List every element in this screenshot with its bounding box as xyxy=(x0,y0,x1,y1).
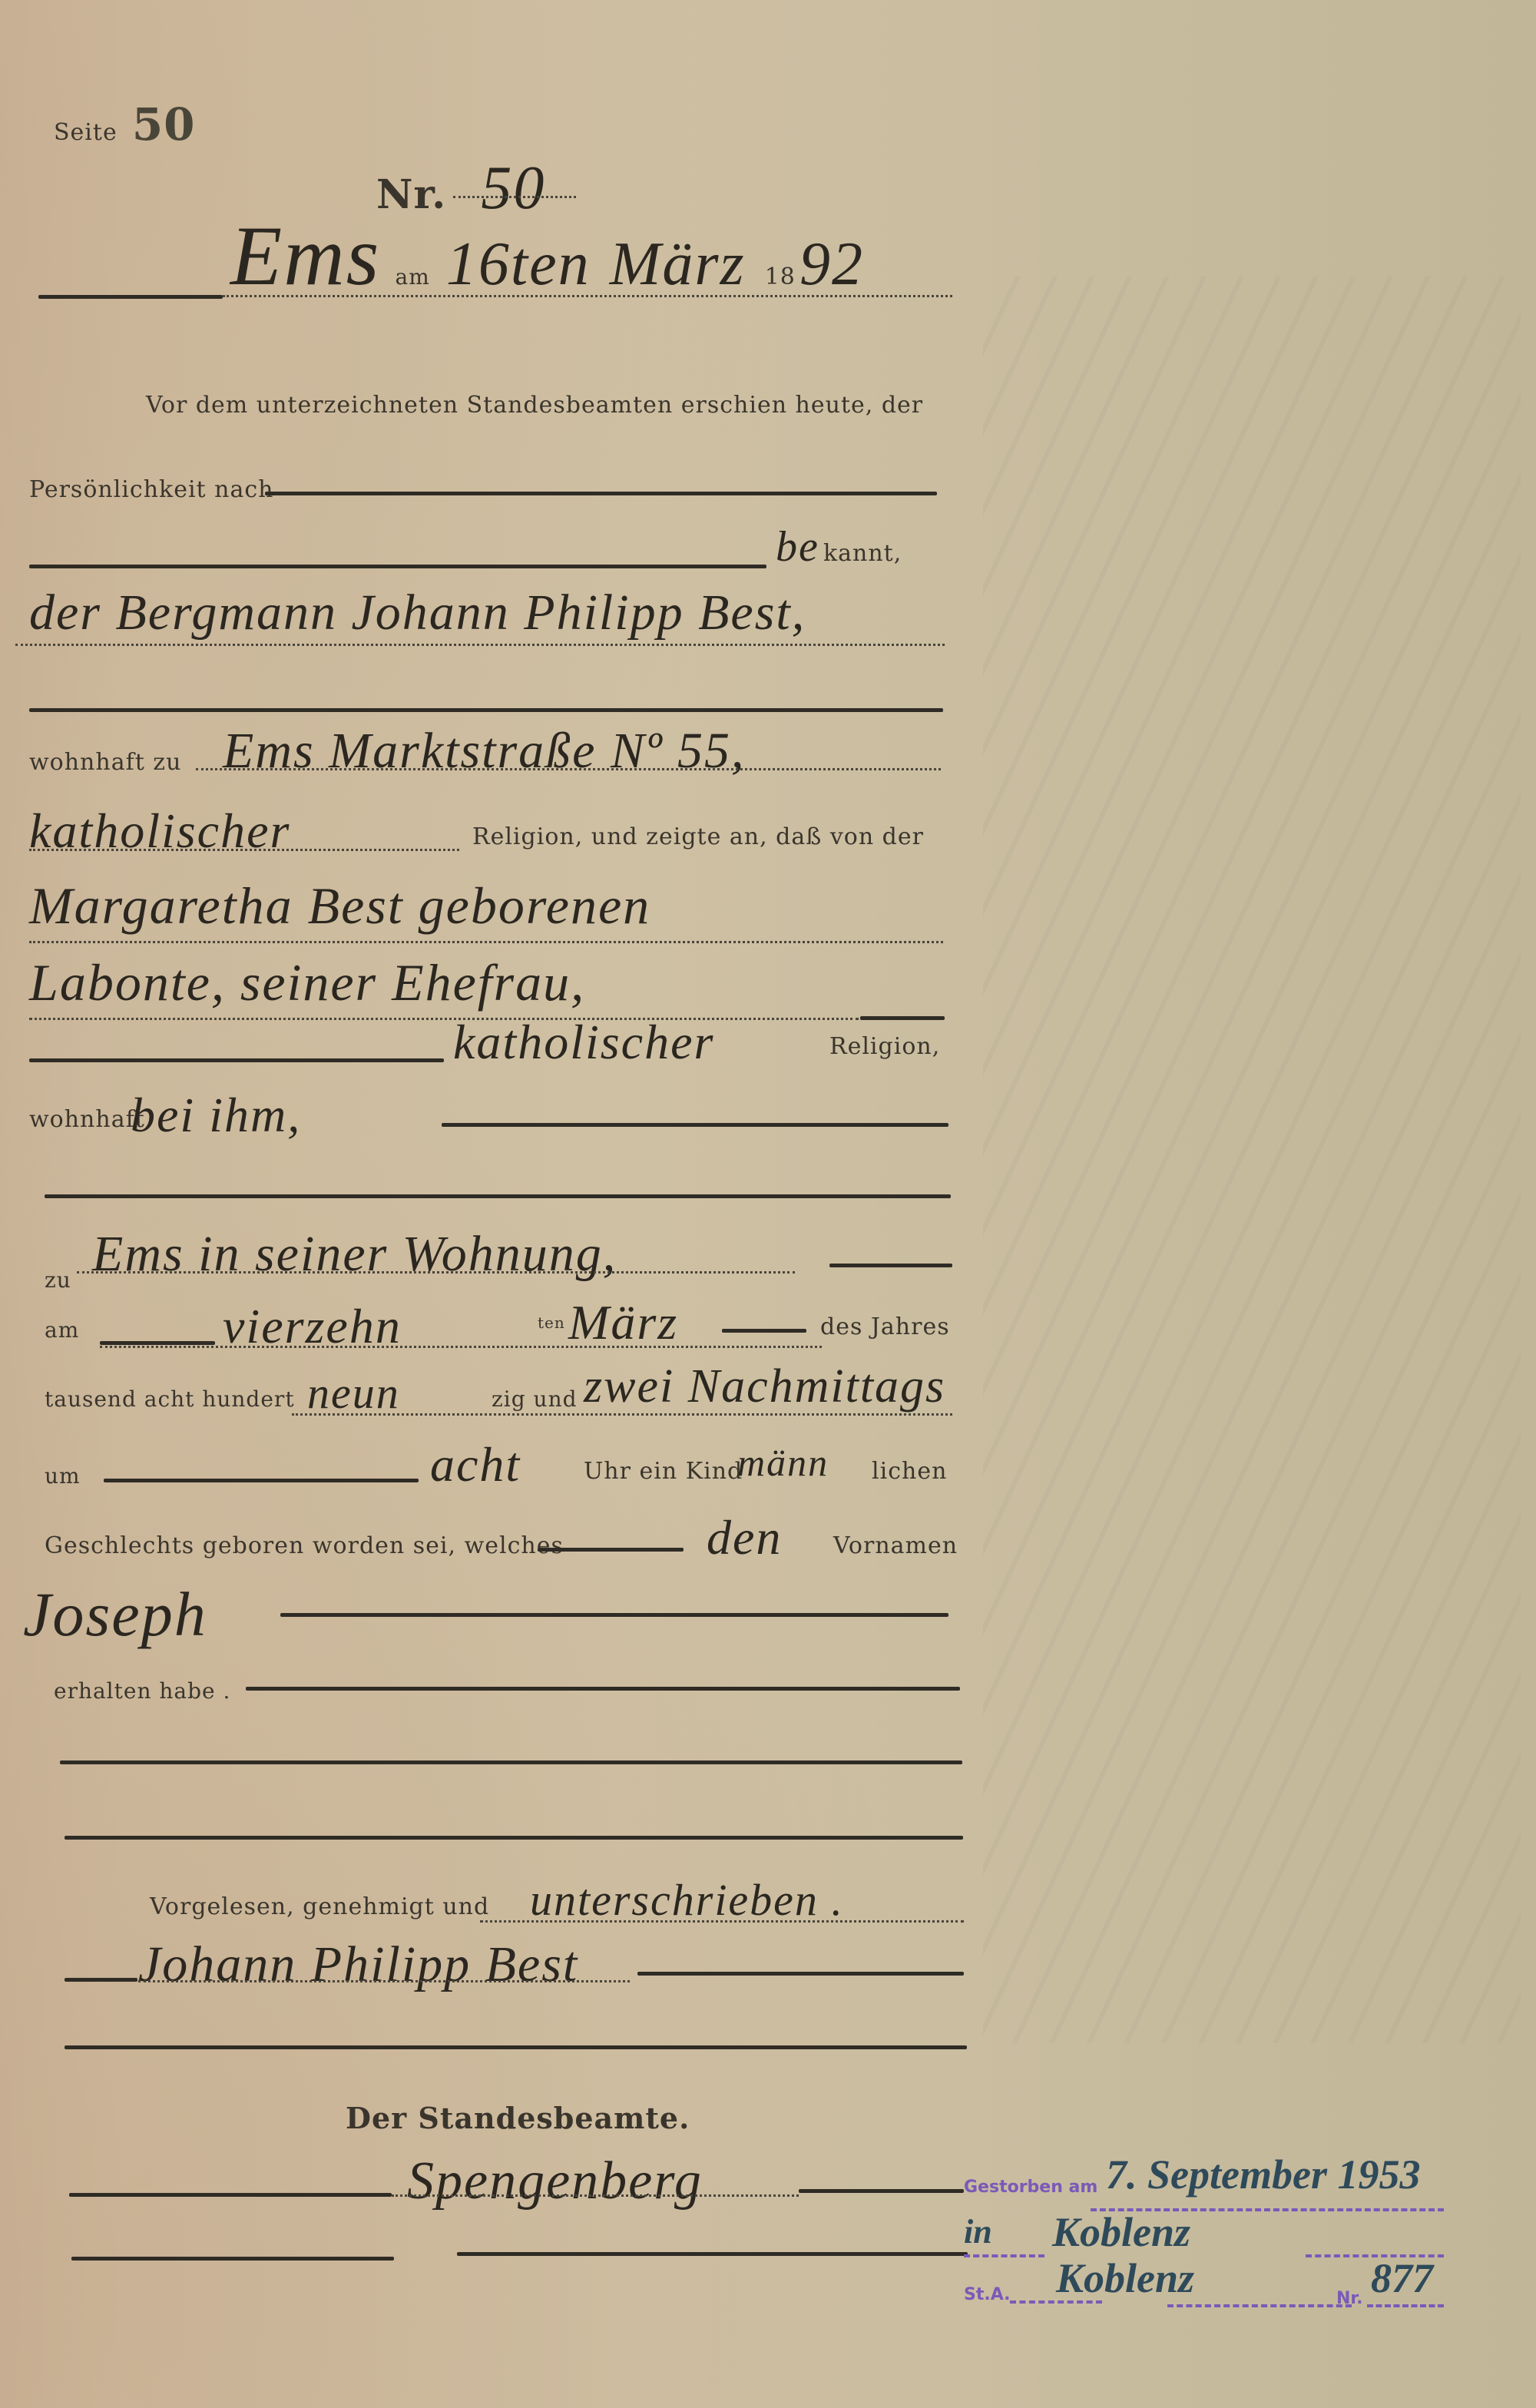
nr-lead-line xyxy=(1167,2304,1352,2307)
given-name-line xyxy=(280,1613,948,1617)
registrar-sig-line xyxy=(392,2194,799,2197)
thousand-label: tausend acht hundert xyxy=(45,1386,295,1412)
header-day: 16ten xyxy=(446,230,591,298)
year-label: des Jahres xyxy=(820,1313,950,1340)
religion-line xyxy=(29,849,459,851)
page-number: 50 xyxy=(132,98,196,151)
birthplace-line xyxy=(77,1271,795,1274)
death-annotation: Gestorben am xyxy=(964,2178,1097,2197)
blank-line-6b xyxy=(457,2252,968,2256)
registrar-title: Der Standesbeamte. xyxy=(346,2101,690,2135)
nr-line xyxy=(1367,2304,1444,2307)
read-line xyxy=(480,1920,964,1923)
office-block: St.A. xyxy=(964,2285,1011,2304)
informant-name: der Bergmann Johann Philipp Best, xyxy=(29,584,806,642)
year-prefix: 18 xyxy=(765,263,796,290)
known-line xyxy=(29,565,766,568)
birth-month-line xyxy=(722,1329,806,1333)
birth-date-line xyxy=(100,1346,822,1348)
sex-value: männ xyxy=(737,1440,829,1485)
entry-number-line xyxy=(453,196,576,198)
blank-line-4 xyxy=(65,1836,963,1840)
blank-line-6a xyxy=(71,2257,394,2261)
mother-line-2-end xyxy=(860,1016,945,1020)
child-label: Uhr ein Kind xyxy=(584,1458,743,1485)
blank-line-1 xyxy=(29,708,943,712)
informant-sig-line xyxy=(138,1980,630,1982)
birth-day-lead xyxy=(100,1341,215,1345)
informant-signature: Johann Philipp Best xyxy=(138,1936,578,1994)
decade-value: neun xyxy=(307,1367,400,1419)
office-value: Koblenz xyxy=(1056,2254,1194,2302)
time-lead-line xyxy=(104,1479,419,1482)
intro-text: Vor dem unterzeichneten Standesbeamten e… xyxy=(146,392,923,419)
mother-residence-line xyxy=(442,1123,948,1127)
year-line xyxy=(292,1413,952,1416)
mother-line-2-rule xyxy=(29,1018,859,1020)
am-label: am xyxy=(396,264,430,290)
birth-month: März xyxy=(568,1294,678,1351)
unit-year-value: zwei Nachmittags xyxy=(584,1360,945,1414)
given-label: Vornamen xyxy=(833,1532,958,1559)
died-label: Gestorben am xyxy=(964,2178,1097,2197)
registrar-sig-end xyxy=(799,2189,964,2193)
year-suffix: 92 xyxy=(799,230,864,298)
birthplace-value: Ems in seiner Wohnung, xyxy=(92,1225,617,1283)
mother-residence-label: wohnhaft xyxy=(29,1106,145,1133)
in-line xyxy=(964,2254,1044,2257)
office-label: St.A. xyxy=(964,2285,1011,2304)
died-place: Koblenz xyxy=(1052,2208,1190,2256)
informant-line xyxy=(15,644,945,646)
mother-line-1: Margaretha Best geborenen xyxy=(29,876,650,936)
residence-label: wohnhaft zu xyxy=(29,749,181,776)
sex-suffix: lichen xyxy=(872,1458,947,1485)
born-text: Geschlechts geboren worden sei, welches xyxy=(45,1532,564,1559)
nr-value: 877 xyxy=(1371,2254,1433,2302)
ten-label: ten xyxy=(538,1313,565,1332)
mother-religion: katholischer xyxy=(453,1014,714,1071)
received-label: erhalten habe . xyxy=(54,1678,230,1704)
mother-residence-value: bei ihm, xyxy=(131,1087,301,1144)
known-block: be kannt, xyxy=(776,522,902,571)
given-lead-line xyxy=(538,1548,684,1552)
mother-line-2: Labonte, seiner Ehefrau, xyxy=(29,952,585,1013)
header-place: Ems xyxy=(230,209,380,303)
received-line xyxy=(246,1687,960,1691)
office-line xyxy=(1010,2300,1102,2304)
header-date-line xyxy=(223,295,952,297)
died-date: 7. September 1953 xyxy=(1106,2151,1420,2198)
read-value: unterschrieben . xyxy=(530,1874,844,1926)
mother-religion-lead xyxy=(29,1058,444,1062)
hour-value: acht xyxy=(430,1436,521,1493)
informant-sig-lead xyxy=(65,1978,137,1982)
header-place-date: Ems am 16ten März 18 92 xyxy=(230,207,864,305)
time-label: um xyxy=(45,1463,81,1489)
informant-sig-end xyxy=(637,1972,964,1976)
birthplace-line-end xyxy=(829,1264,952,1267)
known-prefix: be xyxy=(776,523,819,571)
residence-value: Ems Marktstraße Nº 55, xyxy=(223,722,745,780)
in-label: in xyxy=(964,2212,992,2251)
registrar-sig-lead xyxy=(69,2193,392,2197)
blank-line-3 xyxy=(60,1760,962,1764)
identity-label: Persönlichkeit nach xyxy=(29,476,273,503)
birthplace-label: zu xyxy=(45,1267,71,1293)
page-label: Seite xyxy=(54,119,118,146)
given-name: Joseph xyxy=(23,1578,207,1651)
blank-line-5 xyxy=(65,2045,967,2049)
nr-label: Nr. xyxy=(1336,2289,1362,2308)
blank-line-2 xyxy=(45,1194,951,1198)
known-suffix: kannt, xyxy=(823,540,902,567)
zig-label: zig und xyxy=(492,1386,578,1412)
identity-line xyxy=(265,492,937,495)
mother-line-1-rule xyxy=(29,941,943,943)
nr-block: Nr. xyxy=(1336,2289,1362,2308)
religion-text: Religion, und zeigte an, daß von der xyxy=(472,823,924,850)
header-month: März xyxy=(610,230,746,298)
residence-line xyxy=(196,768,941,770)
page-number-block: Seite 50 xyxy=(54,98,196,151)
registrar-signature: Spengenberg xyxy=(407,2151,703,2212)
given-prefix: den xyxy=(707,1509,782,1566)
place-line-left xyxy=(38,295,223,299)
read-label: Vorgelesen, genehmigt und xyxy=(150,1893,489,1920)
date-am-label: am xyxy=(45,1317,79,1343)
ink-bleed-through xyxy=(983,277,1521,2043)
mother-religion-label: Religion, xyxy=(829,1033,940,1060)
